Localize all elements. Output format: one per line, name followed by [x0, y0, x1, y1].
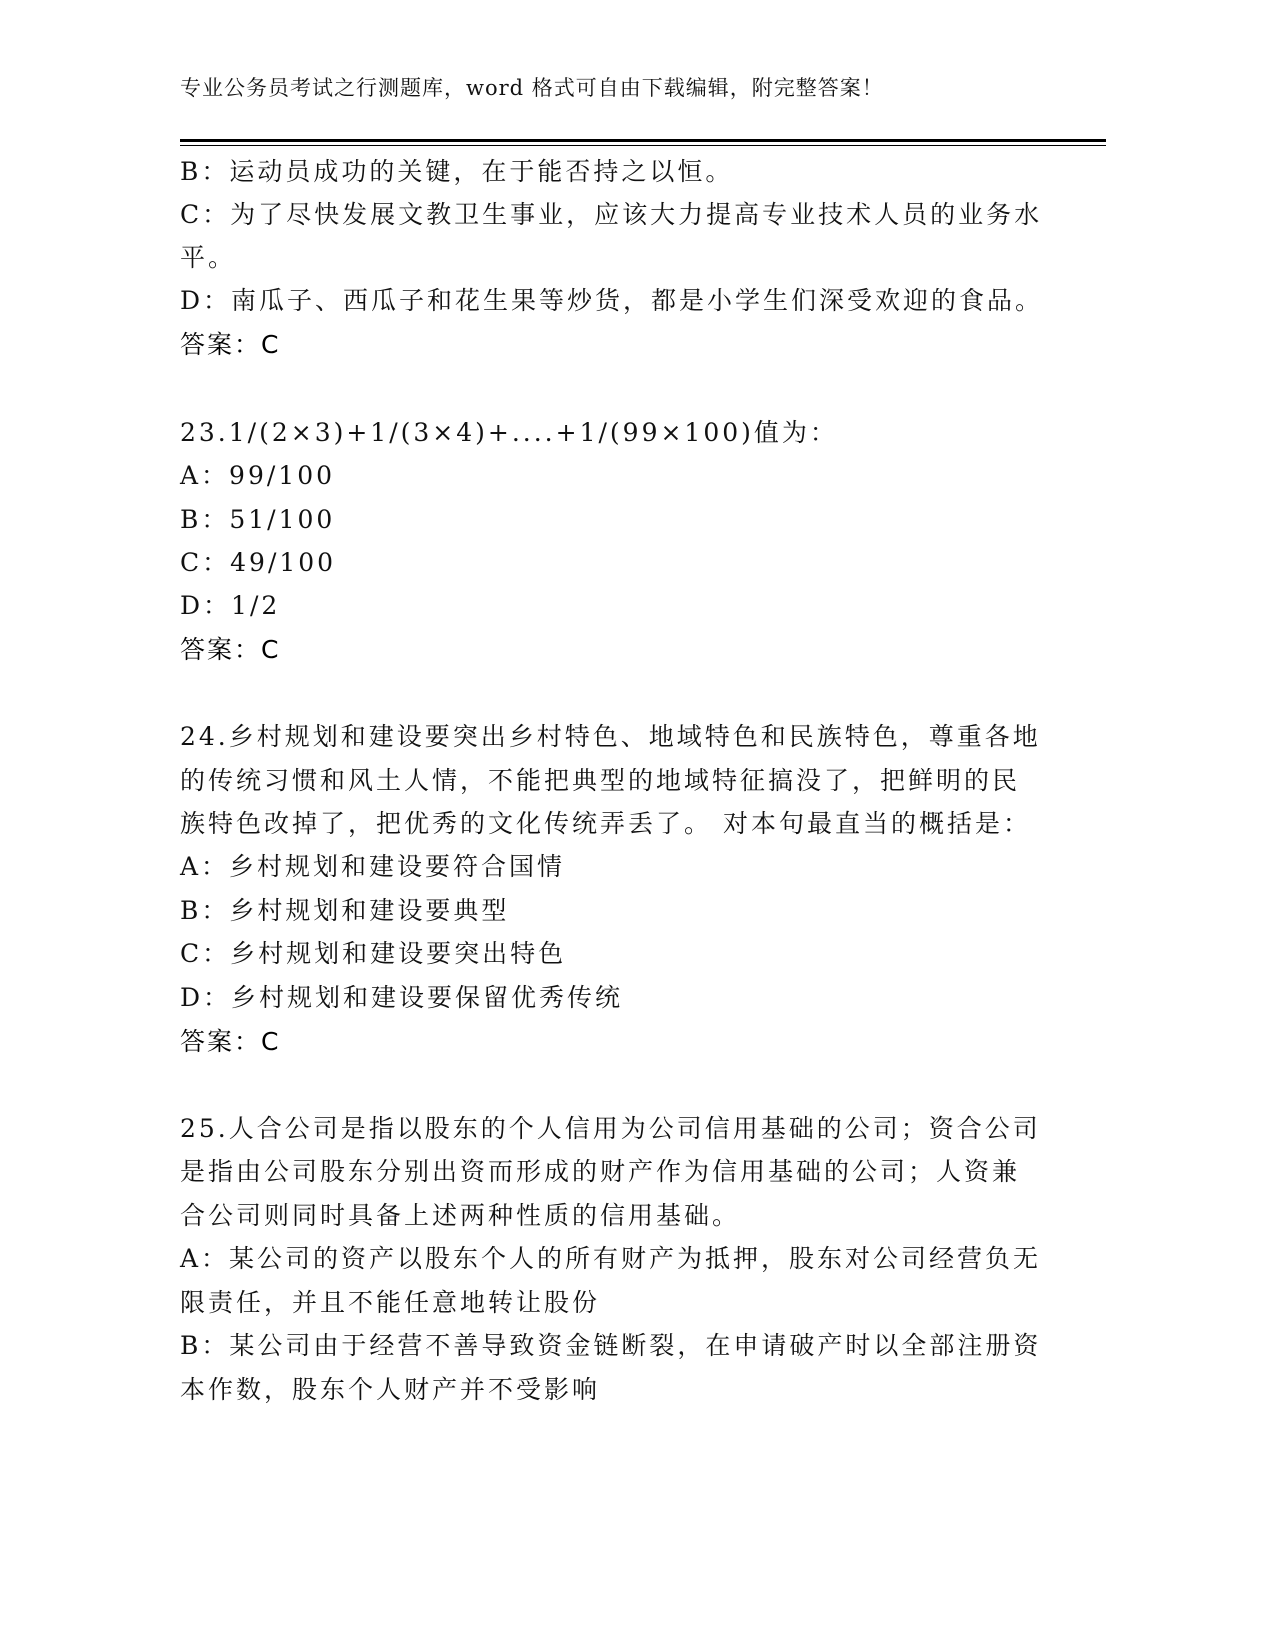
option-b: B：乡村规划和建设要典型 [180, 895, 509, 927]
header-rule-thick [180, 139, 1106, 142]
answer: 答案：C [180, 329, 280, 361]
option-c: C：49/100 [180, 547, 336, 579]
option-d: D：1/2 [180, 590, 280, 622]
question-stem: 23.1/(2×3)+1/(3×4)+....+1/(99×100)值为： [180, 417, 838, 449]
question-stem-line-1: 25.人合公司是指以股东的个人信用为公司信用基础的公司；资合公司 [180, 1113, 1041, 1145]
option-a: A：乡村规划和建设要符合国情 [180, 851, 565, 883]
question-stem-line-3: 族特色改掉了，把优秀的文化传统弄丢了。 对本句最直当的概括是： [180, 808, 1031, 840]
option-b: B：运动员成功的关键，在于能否持之以恒。 [180, 156, 733, 188]
option-c: C：乡村规划和建设要突出特色 [180, 938, 566, 970]
option-a: A：某公司的资产以股东个人的所有财产为抵押，股东对公司经营负无 [180, 1243, 1041, 1275]
option-d: D：乡村规划和建设要保留优秀传统 [180, 982, 623, 1014]
question-stem-line-3: 合公司则同时具备上述两种性质的信用基础。 [180, 1200, 740, 1232]
page-header: 专业公务员考试之行测题库，word 格式可自由下载编辑，附完整答案！ [180, 74, 884, 102]
option-a: A：99/100 [180, 460, 335, 492]
option-b-continued: 本作数，股东个人财产并不受影响 [180, 1374, 600, 1406]
question-stem-line-2: 的传统习惯和风土人情，不能把典型的地域特征搞没了，把鲜明的民 [180, 765, 1020, 797]
option-d: D：南瓜子、西瓜子和花生果等炒货，都是小学生们深受欢迎的食品。 [180, 285, 1043, 317]
option-b: B：51/100 [180, 504, 335, 536]
option-a-continued: 限责任，并且不能任意地转让股份 [180, 1287, 600, 1319]
answer: 答案：C [180, 1026, 280, 1058]
question-stem-line-1: 24.乡村规划和建设要突出乡村特色、地域特色和民族特色，尊重各地 [180, 721, 1041, 753]
question-stem-line-2: 是指由公司股东分别出资而形成的财产作为信用基础的公司；人资兼 [180, 1156, 1020, 1188]
header-rule-thin [180, 145, 1106, 146]
option-b: B：某公司由于经营不善导致资金链断裂，在申请破产时以全部注册资 [180, 1330, 1041, 1362]
option-c: C：为了尽快发展文教卫生事业，应该大力提高专业技术人员的业务水 [180, 199, 1042, 231]
document-page: 专业公务员考试之行测题库，word 格式可自由下载编辑，附完整答案！ B：运动员… [0, 0, 1275, 1650]
answer: 答案：C [180, 634, 280, 666]
option-c-continued: 平。 [180, 242, 236, 274]
